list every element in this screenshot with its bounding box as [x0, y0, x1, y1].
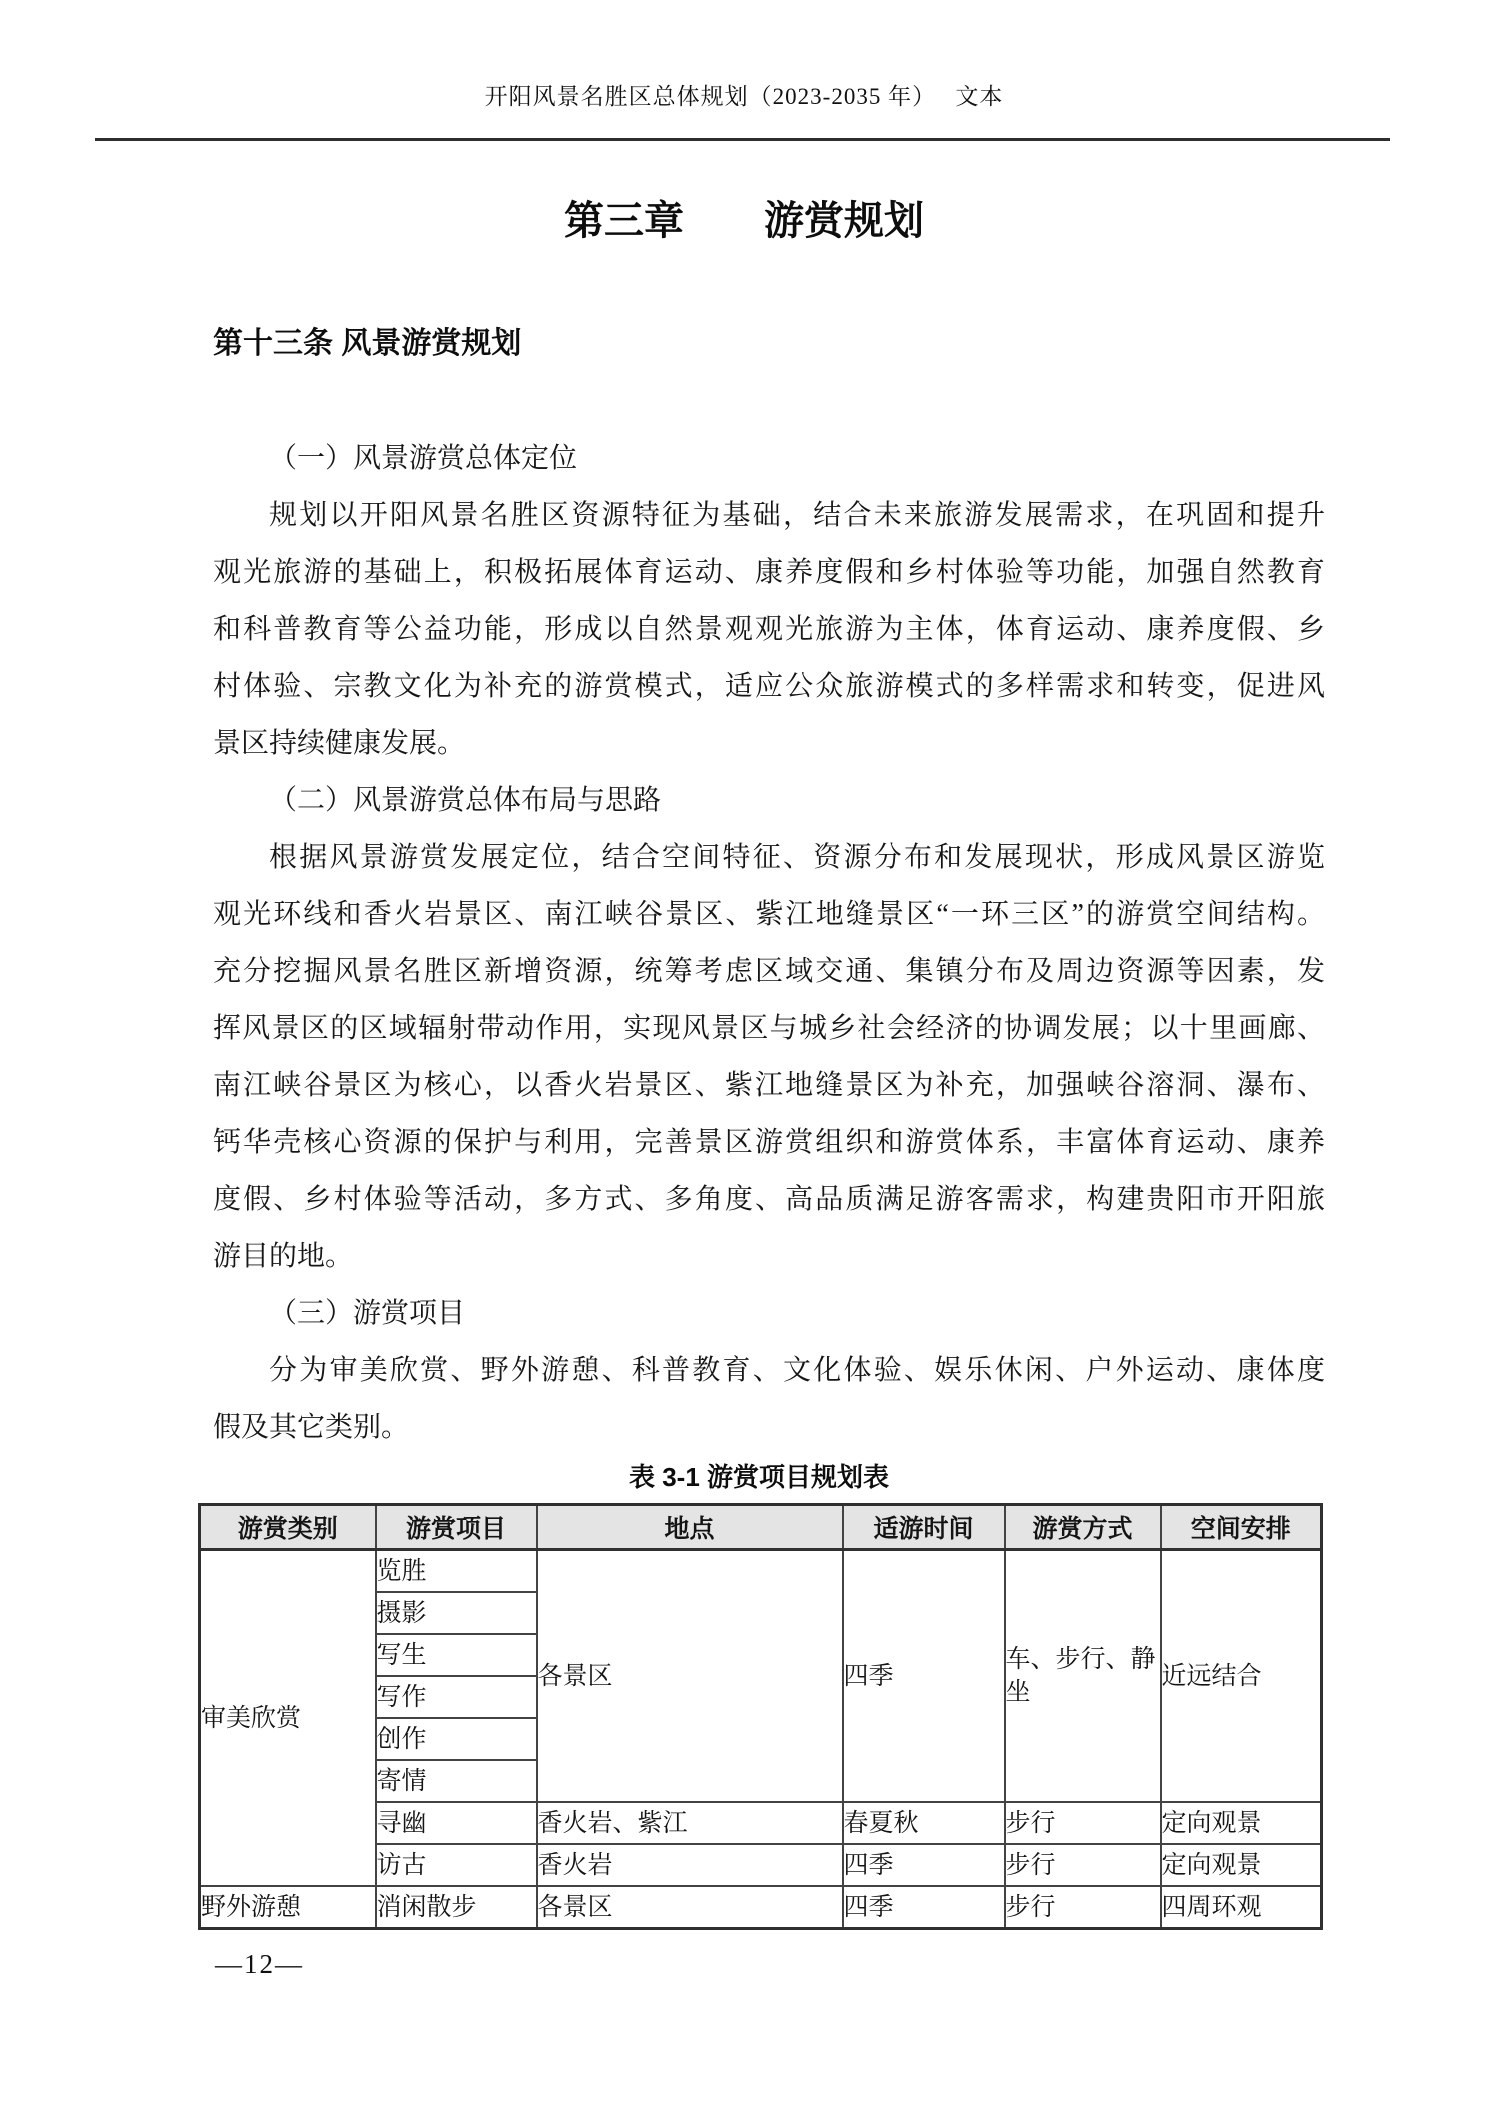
cell-place: 各景区	[537, 1550, 843, 1803]
cell-item: 览胜	[376, 1550, 537, 1593]
cell-mode: 步行	[1005, 1844, 1161, 1886]
subheading-2: （二）风景游赏总体布局与思路	[213, 772, 1325, 829]
cell-place: 香火岩、紫江	[537, 1802, 843, 1844]
chapter-title: 第三章 游赏规划	[0, 198, 1488, 244]
table-row: 野外游憩 消闲散步 各景区 四季 步行 四周环观	[200, 1886, 1322, 1929]
paragraph-line: 充分挖掘风景名胜区新增资源，统筹考虑区域交通、集镇分布及周边资源等因素，发	[213, 943, 1325, 1000]
col-header-category: 游赏类别	[200, 1505, 376, 1550]
cell-item: 创作	[376, 1718, 537, 1760]
page-number: —12—	[215, 1948, 304, 1980]
cell-item: 写生	[376, 1634, 537, 1676]
cell-place: 香火岩	[537, 1844, 843, 1886]
paragraph-line: 规划以开阳风景名胜区资源特征为基础，结合未来旅游发展需求，在巩固和提升	[213, 487, 1325, 544]
paragraph-line: 南江峡谷景区为核心，以香火岩景区、紫江地缝景区为补充，加强峡谷溶洞、瀑布、	[213, 1057, 1325, 1114]
paragraph-line: 挥风景区的区域辐射带动作用，实现风景区与城乡社会经济的协调发展；以十里画廊、	[213, 1000, 1325, 1057]
cell-time: 四季	[843, 1550, 1005, 1803]
paragraph-line: 度假、乡村体验等活动，多方式、多角度、高品质满足游客需求，构建贵阳市开阳旅	[213, 1171, 1325, 1228]
table-header-row: 游赏类别 游赏项目 地点 适游时间 游赏方式 空间安排	[200, 1505, 1322, 1550]
body-text: （一）风景游赏总体定位 规划以开阳风景名胜区资源特征为基础，结合未来旅游发展需求…	[213, 430, 1325, 1456]
paragraph-line: 游目的地。	[213, 1228, 1325, 1285]
paragraph-line: 观光旅游的基础上，积极拓展体育运动、康养度假和乡村体验等功能，加强自然教育	[213, 544, 1325, 601]
col-header-item: 游赏项目	[376, 1505, 537, 1550]
cell-mode: 车、步行、静坐	[1005, 1550, 1161, 1803]
paragraph-line: 景区持续健康发展。	[213, 715, 1325, 772]
cell-item: 访古	[376, 1844, 537, 1886]
cell-space: 定向观景	[1161, 1844, 1322, 1886]
col-header-time: 适游时间	[843, 1505, 1005, 1550]
document-page: 开阳风景名胜区总体规划（2023-2035 年） 文本 第三章 游赏规划 第十三…	[0, 0, 1488, 2104]
section-heading: 第十三条 风景游赏规划	[213, 326, 521, 362]
table-row: 审美欣赏 览胜 各景区 四季 车、步行、静坐 近远结合	[200, 1550, 1322, 1593]
paragraph-line: 村体验、宗教文化为补充的游赏模式，适应公众旅游模式的多样需求和转变，促进风	[213, 658, 1325, 715]
paragraph-line: 观光环线和香火岩景区、南江峡谷景区、紫江地缝景区“一环三区”的游赏空间结构。	[213, 886, 1325, 943]
cell-item: 写作	[376, 1676, 537, 1718]
cell-space: 四周环观	[1161, 1886, 1322, 1929]
cell-item: 摄影	[376, 1592, 537, 1634]
cell-mode: 步行	[1005, 1802, 1161, 1844]
cell-space: 定向观景	[1161, 1802, 1322, 1844]
cell-mode: 步行	[1005, 1886, 1161, 1929]
cell-category: 审美欣赏	[200, 1550, 376, 1887]
cell-time: 四季	[843, 1886, 1005, 1929]
subheading-3: （三）游赏项目	[213, 1285, 1325, 1342]
paragraph-line: 分为审美欣赏、野外游憩、科普教育、文化体验、娱乐休闲、户外运动、康体度	[213, 1342, 1325, 1399]
cell-item: 寻幽	[376, 1802, 537, 1844]
cell-item: 消闲散步	[376, 1886, 537, 1929]
col-header-space: 空间安排	[1161, 1505, 1322, 1550]
paragraph-line: 根据风景游赏发展定位，结合空间特征、资源分布和发展现状，形成风景区游览	[213, 829, 1325, 886]
tour-project-table: 游赏类别 游赏项目 地点 适游时间 游赏方式 空间安排 审美欣赏 览胜 各景区 …	[198, 1503, 1323, 1930]
paragraph-line: 假及其它类别。	[213, 1399, 1325, 1456]
header-rule	[95, 138, 1390, 141]
cell-time: 春夏秋	[843, 1802, 1005, 1844]
subheading-1: （一）风景游赏总体定位	[213, 430, 1325, 487]
cell-category: 野外游憩	[200, 1886, 376, 1929]
cell-space: 近远结合	[1161, 1550, 1322, 1803]
cell-place: 各景区	[537, 1886, 843, 1929]
col-header-place: 地点	[537, 1505, 843, 1550]
running-header: 开阳风景名胜区总体规划（2023-2035 年） 文本	[0, 82, 1488, 112]
table-caption: 表 3-1 游赏项目规划表	[198, 1456, 1320, 1498]
cell-item: 寄情	[376, 1760, 537, 1802]
paragraph-line: 钙华壳核心资源的保护与利用，完善景区游赏组织和游赏体系，丰富体育运动、康养	[213, 1114, 1325, 1171]
col-header-mode: 游赏方式	[1005, 1505, 1161, 1550]
paragraph-line: 和科普教育等公益功能，形成以自然景观观光旅游为主体，体育运动、康养度假、乡	[213, 601, 1325, 658]
cell-time: 四季	[843, 1844, 1005, 1886]
